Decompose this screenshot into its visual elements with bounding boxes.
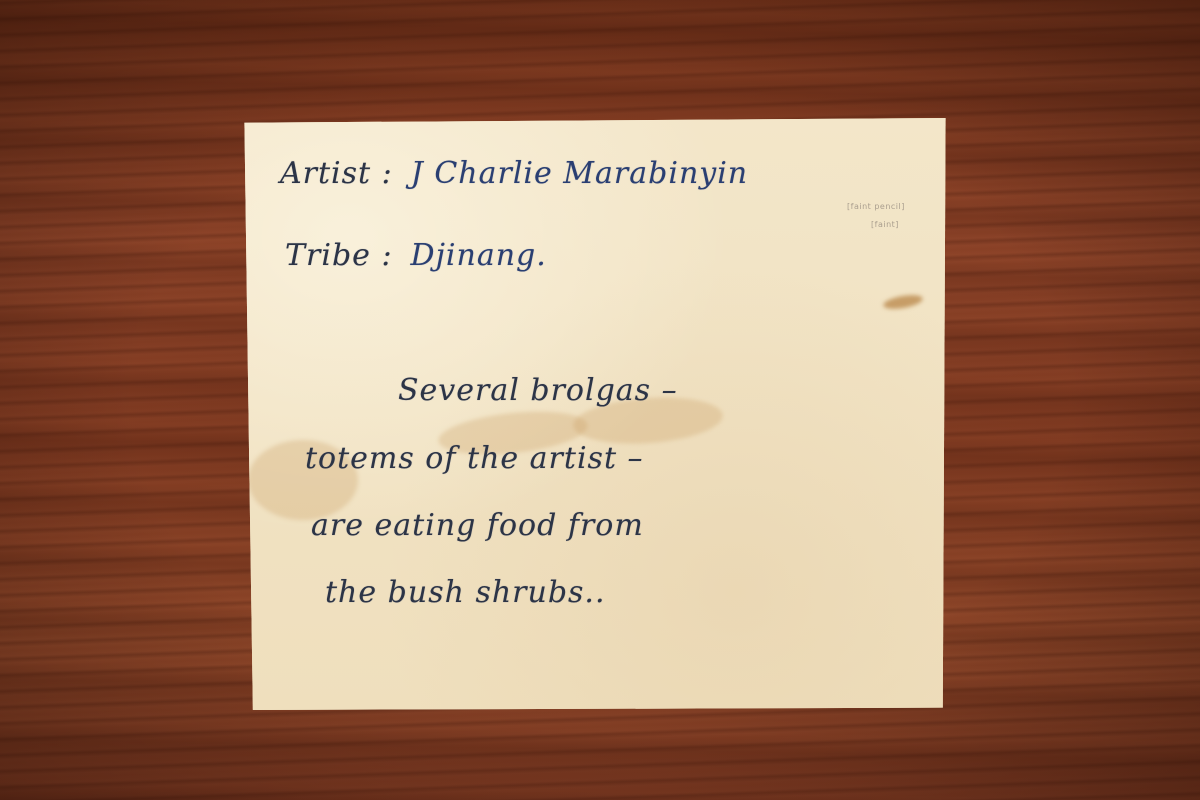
artist-label: Artist : bbox=[280, 156, 393, 191]
artist-name: J Charlie Marabinyin bbox=[411, 156, 748, 191]
tribe-line: Tribe :Djinang. bbox=[285, 238, 547, 273]
pencil-mark: [faint] bbox=[871, 220, 899, 229]
pencil-mark: [faint pencil] bbox=[847, 202, 905, 211]
description-line: Several brolgas – bbox=[398, 373, 678, 408]
artist-line: Artist :J Charlie Marabinyin bbox=[280, 156, 748, 191]
description-line: the bush shrubs.. bbox=[325, 575, 606, 610]
description-line: totems of the artist – bbox=[305, 441, 644, 476]
photo-scene: { "scene": { "description": "Photograph … bbox=[0, 0, 1200, 800]
ink-spot bbox=[882, 293, 923, 312]
tribe-name: Djinang. bbox=[411, 238, 547, 273]
tribe-label: Tribe : bbox=[285, 238, 393, 273]
description-line: are eating food from bbox=[311, 508, 644, 543]
handwritten-note: [faint pencil] [faint] Artist :J Charlie… bbox=[243, 118, 947, 710]
